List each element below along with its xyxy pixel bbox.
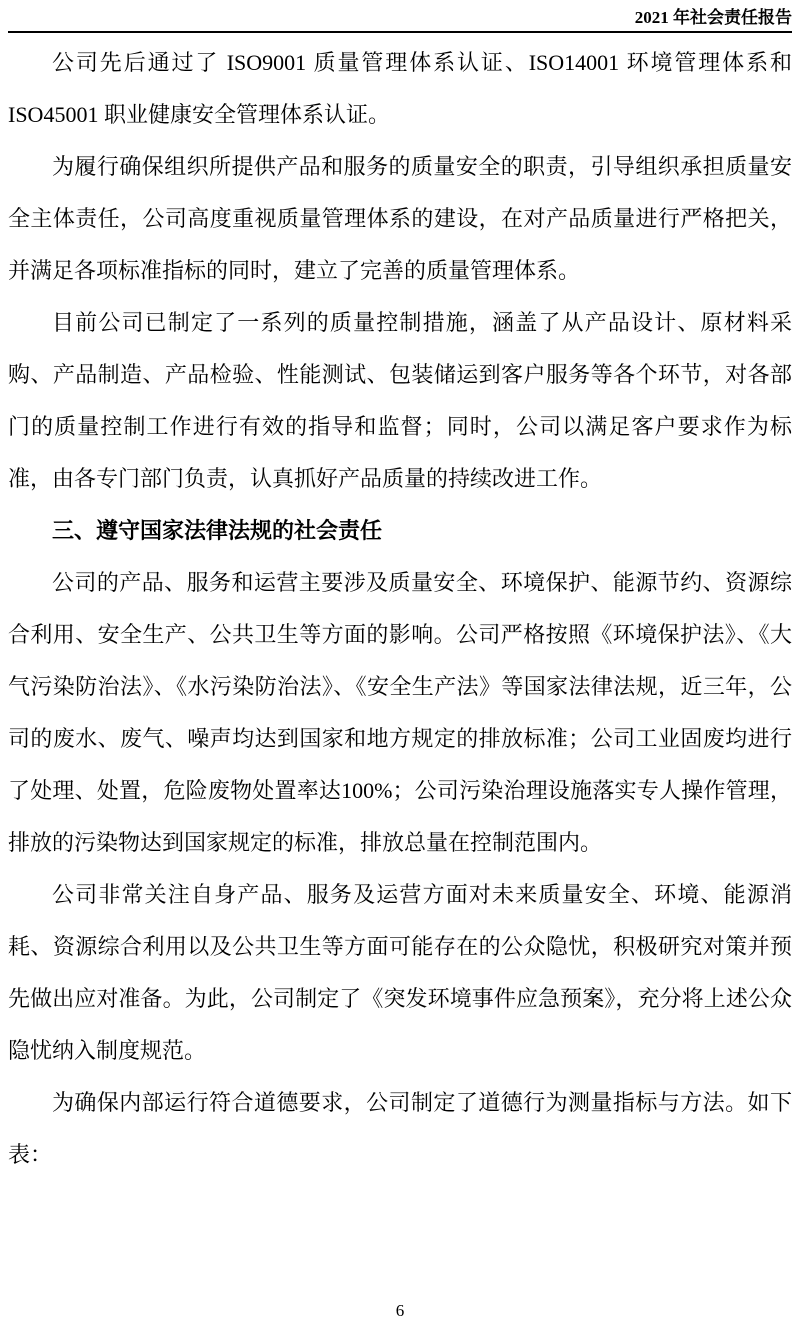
paragraph: 公司先后通过了 ISO9001 质量管理体系认证、ISO14001 环境管理体系… bbox=[8, 37, 792, 141]
report-title: 2021 年社会责任报告 bbox=[8, 7, 792, 28]
page-header: 2021 年社会责任报告 bbox=[8, 0, 792, 28]
page-footer: 6 bbox=[0, 1301, 800, 1321]
paragraph: 公司非常关注自身产品、服务及运营方面对未来质量安全、环境、能源消耗、资源综合利用… bbox=[8, 869, 792, 1077]
document-body: 公司先后通过了 ISO9001 质量管理体系认证、ISO14001 环境管理体系… bbox=[8, 33, 792, 1181]
report-page: 2021 年社会责任报告 公司先后通过了 ISO9001 质量管理体系认证、IS… bbox=[0, 0, 800, 1327]
paragraph: 目前公司已制定了一系列的质量控制措施，涵盖了从产品设计、原材料采购、产品制造、产… bbox=[8, 297, 792, 505]
paragraph: 为确保内部运行符合道德要求，公司制定了道德行为测量指标与方法。如下表： bbox=[8, 1077, 792, 1181]
paragraph: 公司的产品、服务和运营主要涉及质量安全、环境保护、能源节约、资源综合利用、安全生… bbox=[8, 557, 792, 869]
page-number: 6 bbox=[396, 1301, 405, 1320]
paragraph: 为履行确保组织所提供产品和服务的质量安全的职责，引导组织承担质量安全主体责任，公… bbox=[8, 141, 792, 297]
section-heading: 三、遵守国家法律法规的社会责任 bbox=[8, 505, 792, 557]
